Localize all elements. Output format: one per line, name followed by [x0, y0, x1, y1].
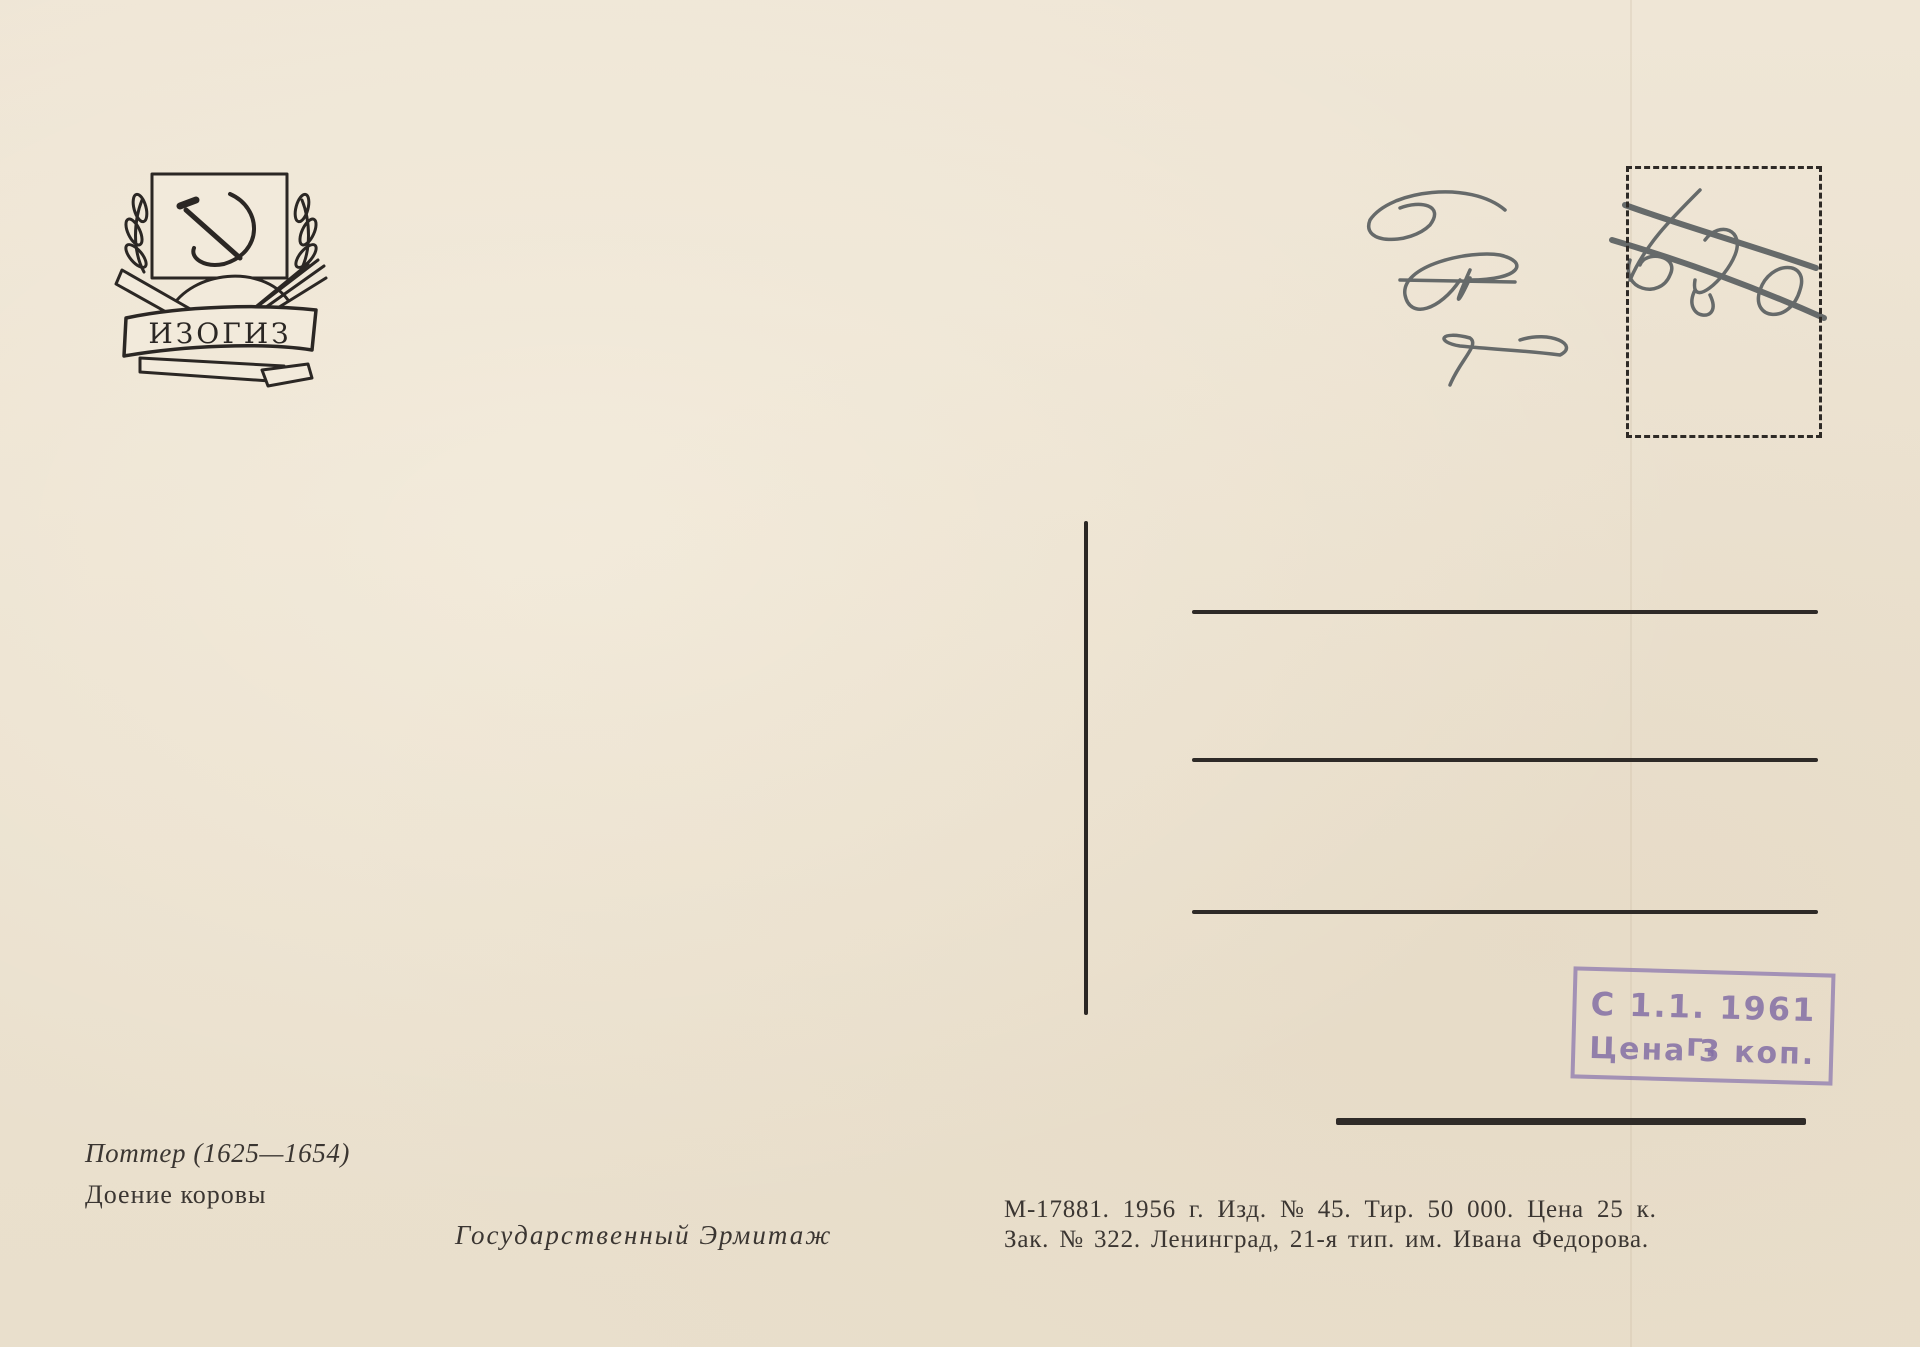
- address-line-3: [1192, 910, 1818, 914]
- imprint-line-1: М-17881. 1956 г. Изд. № 45. Тир. 50 000.…: [1004, 1196, 1657, 1224]
- artist-name: Поттер (1625—1654): [85, 1138, 350, 1169]
- artwork-title: Доение коровы: [85, 1180, 267, 1210]
- address-line-1: [1192, 610, 1818, 614]
- zip-bar: [1336, 1118, 1806, 1125]
- stamp-price: Цена 3 коп.: [1575, 1030, 1830, 1072]
- postage-stamp-box: [1626, 166, 1822, 438]
- address-line-2: [1192, 758, 1818, 762]
- imprint-line-2: Зак. № 322. Ленинград, 21-я тип. им. Ива…: [1004, 1226, 1649, 1254]
- izogiz-emblem-icon: ИЗОГИЗ: [112, 160, 332, 392]
- postcard-back: ИЗОГИЗ: [0, 0, 1920, 1347]
- logo-text: ИЗОГИЗ: [148, 317, 291, 350]
- price-revaluation-stamp: С 1.1. 1961 г. Цена 3 коп.: [1570, 966, 1835, 1085]
- message-address-divider: [1084, 521, 1088, 1015]
- museum-name: Государственный Эрмитаж: [455, 1220, 832, 1251]
- izogiz-logo: ИЗОГИЗ: [112, 160, 332, 392]
